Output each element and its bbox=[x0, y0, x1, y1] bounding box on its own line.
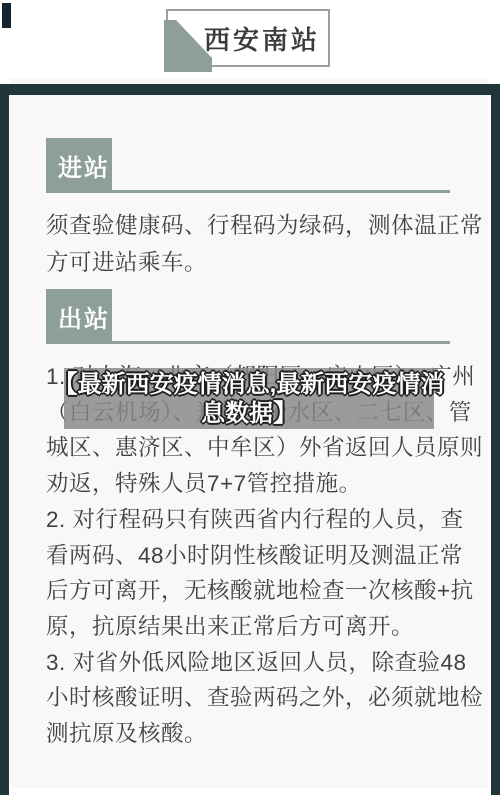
exit-text-line: 小时核酸证明、查验两码之外，必须就地检 bbox=[46, 680, 466, 716]
exit-text-line: 后方可离开，无核酸就地检查一次核酸+抗 bbox=[46, 573, 466, 609]
exit-text-line: 2. 对行程码只有陕西省内行程的人员，查 bbox=[46, 502, 466, 538]
exit-text-line: 城区、惠济区、中牟区）外省返回人员原则 bbox=[46, 430, 466, 466]
notice-page: 西安南站 进站 须查验健康码、行程码为绿码，测体温正常 方可进站乘车。 出站 1… bbox=[0, 0, 500, 795]
enter-station-label: 进站 bbox=[46, 138, 112, 193]
watermark-text-line: 【最新西安疫情消息,最新西安疫情消 bbox=[54, 370, 445, 399]
exit-text-line: 测抗原及核酸。 bbox=[46, 716, 466, 752]
enter-station-label-text: 进站 bbox=[58, 148, 110, 183]
enter-text-line: 须查验健康码、行程码为绿码，测体温正常 bbox=[46, 208, 466, 245]
watermark-text-line: 息数据】 bbox=[201, 399, 297, 428]
exit-text-line: 原，抗原结果出来正常后方可离开。 bbox=[46, 609, 466, 645]
exit-text-line: 看两码、48小时阴性核酸证明及测温正常 bbox=[46, 538, 466, 574]
frame-top-band bbox=[0, 84, 500, 95]
enter-text-line: 方可进站乘车。 bbox=[46, 245, 466, 282]
frame-left-bar bbox=[0, 84, 9, 795]
enter-station-text: 须查验健康码、行程码为绿码，测体温正常 方可进站乘车。 bbox=[46, 208, 466, 281]
exit-station-label: 出站 bbox=[46, 289, 112, 344]
watermark-banner: 【最新西安疫情消息,最新西安疫情消 息数据】 bbox=[64, 368, 434, 429]
station-sign-ribbon-icon bbox=[164, 20, 216, 73]
corner-mark bbox=[2, 3, 11, 28]
exit-text-line: 劝返，特殊人员7+7管控措施。 bbox=[46, 466, 466, 502]
exit-station-label-text: 出站 bbox=[58, 299, 110, 334]
frame-right-bar bbox=[491, 84, 500, 795]
exit-text-line: 3. 对省外低风险地区返回人员，除查验48 bbox=[46, 645, 466, 681]
